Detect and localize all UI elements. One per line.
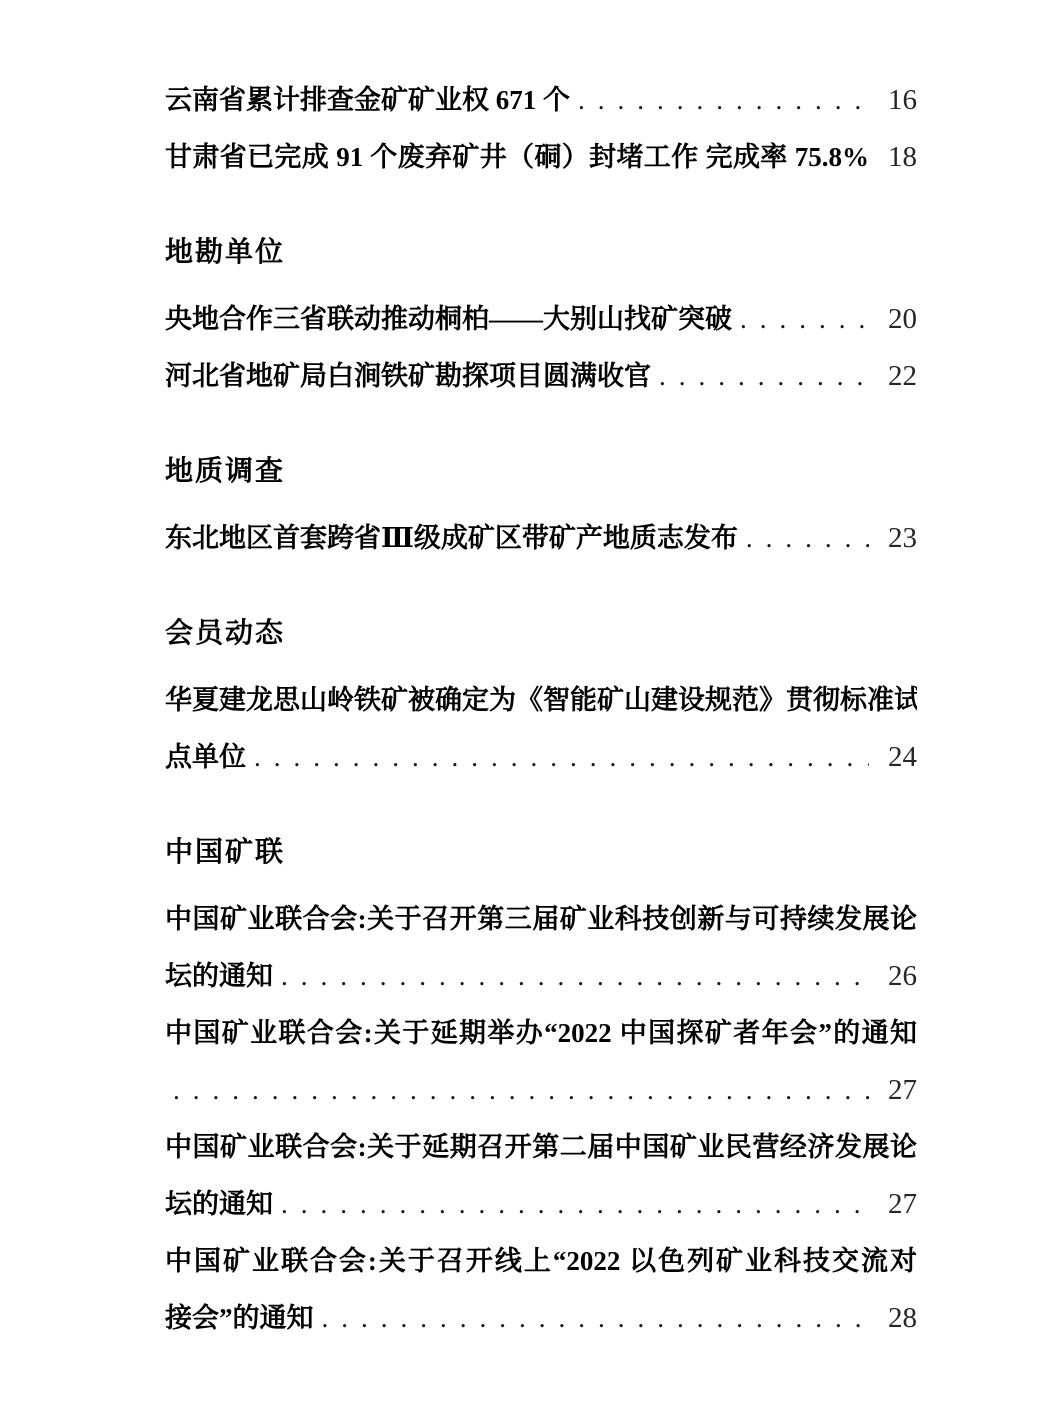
entry-title: 河北省地矿局白涧铁矿勘探项目圆满收官 <box>165 348 651 405</box>
page-number: 24 <box>869 729 917 786</box>
section-header: 中国矿联 <box>165 824 917 881</box>
toc-line: 河北省地矿局白涧铁矿勘探项目圆满收官22 <box>165 348 917 405</box>
toc-section: 中国矿联中国矿业联合会:关于召开第三届矿业科技创新与可持续发展论坛的通知26中国… <box>165 824 917 1347</box>
document-page: 云南省累计排查金矿矿业权 671 个16甘肃省已完成 91 个废弃矿井（硐）封堵… <box>0 0 1046 1415</box>
entry-title: 云南省累计排查金矿矿业权 671 个 <box>165 72 570 129</box>
toc-line: 中国矿业联合会:关于延期举办“2022 中国探矿者年会”的通知 <box>165 1005 917 1062</box>
page-number: 27 <box>869 1176 917 1233</box>
dot-leader <box>246 729 869 786</box>
page-number: 26 <box>869 948 917 1005</box>
toc-line: 东北地区首套跨省Ⅲ级成矿区带矿产地质志发布23 <box>165 510 917 567</box>
dot-leader <box>273 1176 869 1233</box>
section-header: 地勘单位 <box>165 224 917 281</box>
dot-leader <box>732 291 869 348</box>
toc-line: 华夏建龙思山岭铁矿被确定为《智能矿山建设规范》贯彻标准试 <box>165 672 917 729</box>
toc-line: 点单位24 <box>165 729 917 786</box>
page-number: 28 <box>869 1290 917 1347</box>
section-header: 会员动态 <box>165 605 917 662</box>
toc-section: 会员动态华夏建龙思山岭铁矿被确定为《智能矿山建设规范》贯彻标准试点单位24 <box>165 605 917 786</box>
toc-line: 接会”的通知28 <box>165 1290 917 1347</box>
entry-title: 央地合作三省联动推动桐柏——大别山找矿突破 <box>165 291 732 348</box>
entry-title: 点单位 <box>165 729 246 786</box>
toc-line: 中国矿业联合会:关于延期召开第二届中国矿业民营经济发展论 <box>165 1119 917 1176</box>
entry-title: 甘肃省已完成 91 个废弃矿井（硐）封堵工作 完成率 75.8% <box>165 129 869 186</box>
toc-section: 地质调查东北地区首套跨省Ⅲ级成矿区带矿产地质志发布23 <box>165 443 917 567</box>
table-of-contents: 云南省累计排查金矿矿业权 671 个16甘肃省已完成 91 个废弃矿井（硐）封堵… <box>165 72 917 1347</box>
entry-title: 东北地区首套跨省Ⅲ级成矿区带矿产地质志发布 <box>165 510 738 567</box>
dot-leader <box>165 1062 869 1119</box>
entry-title: 坛的通知 <box>165 1176 273 1233</box>
page-number: 20 <box>869 291 917 348</box>
page-number: 18 <box>869 129 917 186</box>
toc-line: 央地合作三省联动推动桐柏——大别山找矿突破20 <box>165 291 917 348</box>
page-number: 22 <box>869 348 917 405</box>
toc-section: 地勘单位央地合作三省联动推动桐柏——大别山找矿突破20河北省地矿局白涧铁矿勘探项… <box>165 224 917 405</box>
toc-line: 中国矿业联合会:关于召开第三届矿业科技创新与可持续发展论 <box>165 891 917 948</box>
toc-line: 坛的通知26 <box>165 948 917 1005</box>
dot-leader <box>651 348 869 405</box>
page-number: 23 <box>869 510 917 567</box>
toc-section: 云南省累计排查金矿矿业权 671 个16甘肃省已完成 91 个废弃矿井（硐）封堵… <box>165 72 917 186</box>
page-number: 27 <box>869 1062 917 1119</box>
page-number: 16 <box>869 72 917 129</box>
dot-leader <box>314 1290 870 1347</box>
toc-line: 甘肃省已完成 91 个废弃矿井（硐）封堵工作 完成率 75.8%18 <box>165 129 917 186</box>
toc-line: 中国矿业联合会:关于召开线上“2022 以色列矿业科技交流对 <box>165 1233 917 1290</box>
entry-title: 坛的通知 <box>165 948 273 1005</box>
toc-line: 27 <box>165 1062 917 1119</box>
entry-title: 接会”的通知 <box>165 1290 314 1347</box>
dot-leader <box>738 510 869 567</box>
toc-line: 坛的通知27 <box>165 1176 917 1233</box>
dot-leader <box>570 72 869 129</box>
toc-line: 云南省累计排查金矿矿业权 671 个16 <box>165 72 917 129</box>
section-header: 地质调查 <box>165 443 917 500</box>
dot-leader <box>273 948 869 1005</box>
